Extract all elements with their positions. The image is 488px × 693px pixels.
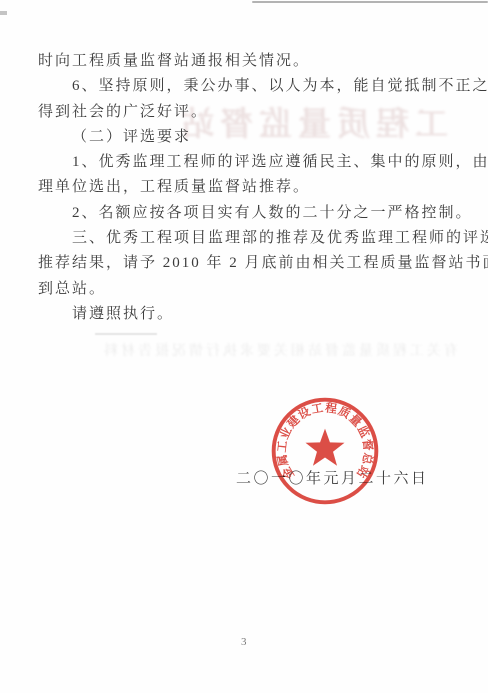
bleedthrough-mark [95,333,157,335]
scan-edge-artifact [252,1,488,3]
red-star-icon [305,429,344,466]
document-body: 时向工程质量监督站通报相关情况。 6、坚持原则，秉公办事、以人为本，能自觉抵制不… [38,49,458,327]
scanned-document-page: 工程质量监督站 时向工程质量监督站通报相关情况。 6、坚持原则，秉公办事、以人为… [0,0,488,693]
text-line: 三、优秀工程项目监理部的推荐及优秀监理工程师的评选、 [38,226,458,251]
text-line: 理单位选出，工程质量监督站推荐。 [38,175,458,200]
official-seal-stamp: 金属工业建设工程质量监督总站 [269,395,381,507]
scan-corner-artifact [0,11,7,15]
text-line: 2、名额应按各项目实有人数的二十分之一严格控制。 [38,201,458,226]
text-line: 得到社会的广泛好评。 [38,100,458,125]
text-line: 时向工程质量监督站通报相关情况。 [38,49,458,74]
text-line: 6、坚持原则，秉公办事、以人为本，能自觉抵制不正之风， [38,74,458,99]
text-line: 到总站。 [38,277,458,302]
page-number: 3 [241,636,247,648]
bleedthrough-row-text: 有关工程质量监督站相关要求执行情况报告材料 [68,340,458,360]
text-line: 1、优秀监理工程师的评选应遵循民主、集中的原则，由监 [38,150,458,175]
text-line: （二）评选要求 [38,125,458,150]
text-line: 请遵照执行。 [38,302,458,327]
text-line: 推荐结果，请予 2010 年 2 月底前由相关工程质量监督站书面报 [38,251,458,276]
